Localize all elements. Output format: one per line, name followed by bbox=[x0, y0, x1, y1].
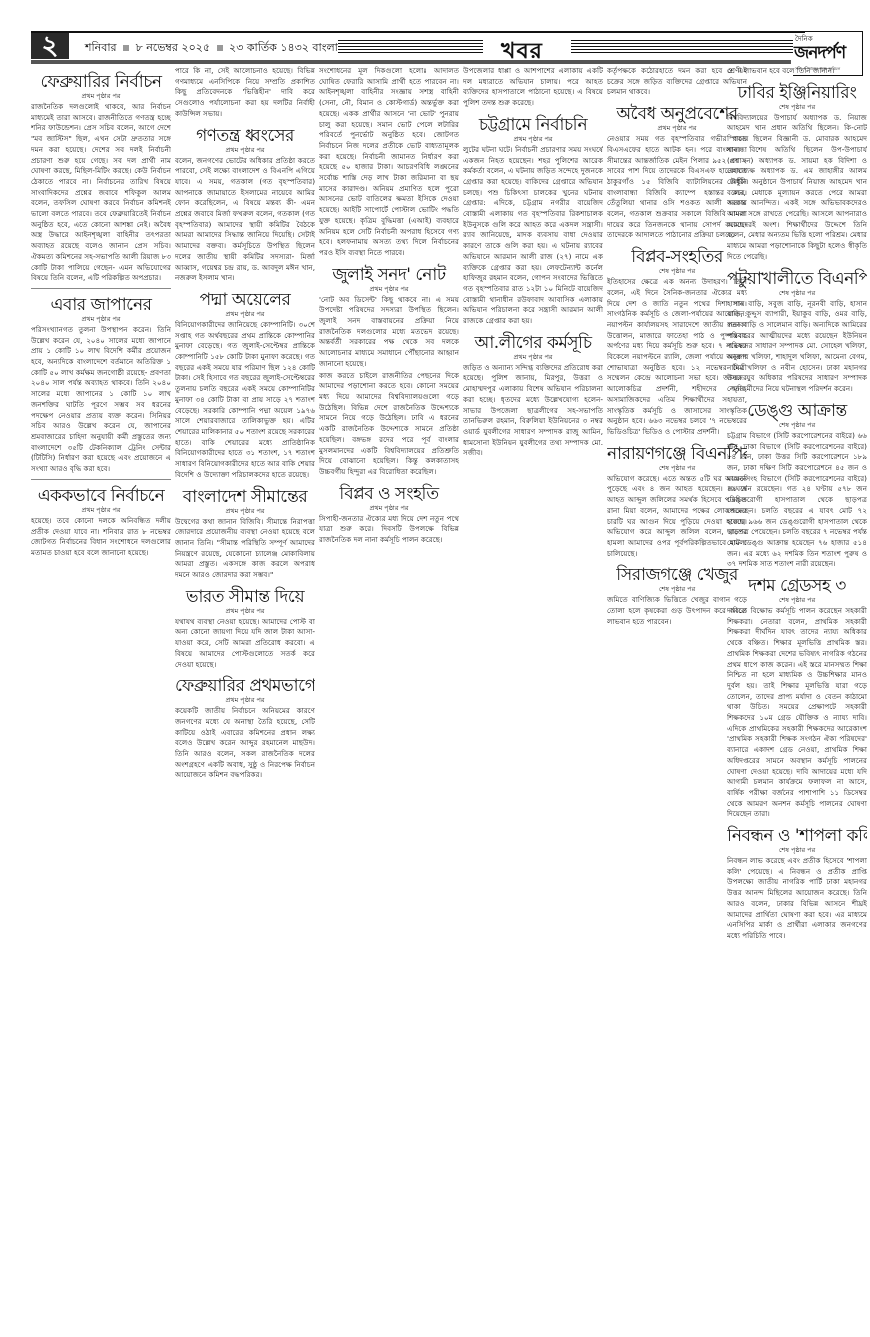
article-headline: এককভাবে নির্বাচনে bbox=[31, 486, 171, 506]
article: বিপ্লব-সংহতির শেষ পৃষ্ঠার পর ইতিহাসের ক্… bbox=[607, 247, 747, 438]
article-body: যথাযথ ব্যবস্থা নেওয়া হয়েছে। আমাদের পোস… bbox=[175, 617, 315, 671]
article: উপজেলার ধাপ্পা ও আশপাশের এলাকায় একটি দল… bbox=[463, 66, 603, 109]
article: ঢাবির ইঞ্জিনিয়ারিং শেষ পৃষ্ঠার পর বিশ্ব… bbox=[727, 83, 867, 263]
article: গণতন্ত্র ধ্বংসের প্রথম পৃষ্ঠার পর বলেন, … bbox=[175, 126, 315, 284]
article-body: কয়েকটি জাতীয় নির্বাচনে অনিয়মের কারণে … bbox=[175, 706, 315, 781]
article: অবৈধ অনুপ্রবেশের প্রথম পৃষ্ঠার পর নেওয়া… bbox=[607, 104, 747, 241]
column-2: পারে কি না, সেই আলোচনাও হয়েছে। বিভিন্ন … bbox=[175, 66, 315, 1331]
article-kicker: প্রথম পৃষ্ঠার পর bbox=[175, 507, 315, 516]
article: ভারত সীমান্ত দিয়ে প্রথম পৃষ্ঠার পর যথায… bbox=[175, 587, 315, 671]
article: জুলাই সনদ' নোট প্রথম পৃষ্ঠার পর 'নোট অব … bbox=[319, 265, 459, 370]
article-headline: দশম গ্রেডসহ ৩ bbox=[727, 576, 867, 596]
article-headline: ডেঙ্গু আক্রান্ত bbox=[727, 401, 867, 421]
article-body: চট্টগ্রাম বিভাগে (সিটি করপোরেশনের বাইরে)… bbox=[727, 431, 867, 570]
article-headline: পটুয়াখালীতে বিএনপি bbox=[727, 269, 867, 289]
article-body: কাজ করতে চাইলে রাজনীতির পেছনের দিকে আমাদ… bbox=[319, 371, 459, 478]
article-headline: বিপ্লব-সংহতির bbox=[607, 247, 747, 267]
article-body: শ্রেণী লাভবান হবে বলে তিনি জানান। bbox=[727, 66, 867, 77]
article-body: নেওয়ার সময় গত বৃহস্পতিবার গভীর রাতে বি… bbox=[607, 134, 747, 241]
article-headline: সিরাজগঞ্জে খেজুর bbox=[607, 565, 747, 585]
decorative-rules bbox=[338, 40, 483, 54]
article: নিবন্ধন ও 'শাপলা কলি শেষ পৃষ্ঠার পর নিবন… bbox=[727, 826, 867, 942]
article: কাজ করতে চাইলে রাজনীতির পেছনের দিকে আমাদ… bbox=[319, 371, 459, 478]
page-number: ২ bbox=[31, 33, 69, 59]
article-headline: পদ্মা অয়েলের bbox=[175, 290, 315, 310]
article-kicker: শেষ পৃষ্ঠার পর bbox=[727, 289, 867, 298]
column-1: ফেব্রুয়ারির নির্বাচন প্রথম পৃষ্ঠার পর র… bbox=[31, 66, 171, 1331]
dateline-bangla-date: ২৩ কার্তিক ১৪৩২ বাংলা bbox=[229, 41, 338, 54]
article-kicker: শেষ পৃষ্ঠার পর bbox=[727, 421, 867, 430]
header-divider bbox=[31, 60, 791, 64]
article-kicker: প্রথম পৃষ্ঠার পর bbox=[463, 353, 603, 362]
article-body: ইতিহাসের ক্ষেত্রে এক অনন্য উদাহরণ। তিনি … bbox=[607, 277, 747, 438]
column-4: উপজেলার ধাপ্পা ও আশপাশের এলাকায় একটি দল… bbox=[463, 66, 603, 1331]
article: পটুয়াখালীতে বিএনপি শেষ পৃষ্ঠার পর হাসান… bbox=[727, 269, 867, 395]
article: দশম গ্রেডসহ ৩ শেষ পৃষ্ঠার পর দাবিতে বিক্… bbox=[727, 576, 867, 820]
logo-name: জনদর্পণ bbox=[794, 40, 845, 68]
article-kicker: শেষ পৃষ্ঠার পর bbox=[727, 846, 867, 855]
article-kicker: শেষ পৃষ্ঠার পর bbox=[607, 585, 747, 594]
article: এককভাবে নির্বাচনে প্রথম পৃষ্ঠার পর হয়েছ… bbox=[31, 486, 171, 559]
article-body: দাবিতে বিক্ষোভ কর্মসূচি পালন করেছেন সহকা… bbox=[727, 606, 867, 820]
article: আ.লীগের কর্মসূচি প্রথম পৃষ্ঠার পর জড়িত … bbox=[463, 333, 603, 459]
article-headline: ফেব্রুয়ারির প্রথমভাগেই bbox=[175, 676, 315, 696]
article-body: পারে কি না, সেই আলোচনাও হয়েছে। বিভিন্ন … bbox=[175, 66, 315, 120]
article-kicker: প্রথম পৃষ্ঠার পর bbox=[175, 696, 315, 705]
column-3: সংশোধনের মূল দিকগুলো হলোঃ আদালত ঘোষিত ফে… bbox=[319, 66, 459, 1331]
article: বিপ্লব ও সংহতি প্রথম পৃষ্ঠার পর সিপাহী-জ… bbox=[319, 484, 459, 546]
article-body: কর্তৃপক্ষকে কঠোরহাতে দমন করা হবে ও এই চক… bbox=[607, 66, 747, 98]
masthead: ২ শনিবার ৮ নভেম্বর ২০২৫ ২৩ কার্তিক ১৪৩২ … bbox=[31, 31, 805, 60]
article: সিরাজগঞ্জে খেজুর শেষ পৃষ্ঠার পর জমিতে বা… bbox=[607, 565, 747, 627]
article-body: লুটের ঘটনা ঘটে। নির্বাচনী প্রচারণার সময়… bbox=[463, 145, 603, 327]
article-body: 'নোট অব ডিসেন্ট' কিছু থাকবে না। এ সময় উ… bbox=[319, 295, 459, 370]
article: ফেব্রুয়ারির নির্বাচন প্রথম পৃষ্ঠার পর র… bbox=[31, 72, 171, 284]
article: শ্রেণী লাভবান হবে বলে তিনি জানান। bbox=[727, 66, 867, 77]
decorative-rules bbox=[571, 40, 793, 54]
article-headline: ফেব্রুয়ারির নির্বাচন bbox=[31, 72, 171, 92]
article-body: জড়িত ও অন্যান্য সন্দিগ্ধ ব্যক্তিদের প্র… bbox=[463, 363, 603, 459]
article-body: নিবন্ধন লাভ করেছে এবং প্রতীক হিসেবে 'শাপ… bbox=[727, 856, 867, 942]
article-kicker: প্রথম পৃষ্ঠার পর bbox=[31, 506, 171, 515]
article-body: সংশোধনের মূল দিকগুলো হলোঃ আদালত ঘোষিত ফে… bbox=[319, 66, 459, 259]
article-kicker: প্রথম পৃষ্ঠার পর bbox=[319, 504, 459, 513]
square-bullet-icon bbox=[217, 45, 223, 51]
article-headline: অবৈধ অনুপ্রবেশের bbox=[607, 104, 747, 124]
article-body: উদ্বেগের কথা জানান বিজিবি। সীমান্তে নিরা… bbox=[175, 517, 315, 581]
article-body: বলেন, জনগণের ভোটের অধিকার প্রতিষ্ঠা করতে… bbox=[175, 156, 315, 284]
article: নারায়ণগঞ্জে বিএনপির শেষ পৃষ্ঠার পর অভিয… bbox=[607, 444, 747, 560]
article: ফেব্রুয়ারির প্রথমভাগেই প্রথম পৃষ্ঠার পর… bbox=[175, 676, 315, 781]
dateline-date: ৮ নভেম্বর ২০২৫ bbox=[136, 41, 210, 54]
column-5: কর্তৃপক্ষকে কঠোরহাতে দমন করা হবে ও এই চক… bbox=[607, 66, 747, 1331]
article-kicker: প্রথম পৃষ্ঠার পর bbox=[175, 310, 315, 319]
column-6: শ্রেণী লাভবান হবে বলে তিনি জানান। ঢাবির … bbox=[727, 66, 867, 1331]
article-body: হাসান বাড়ি, সবুজ বাড়ি, নূরনবী বাড়ি, হ… bbox=[727, 299, 867, 395]
article-headline: ঢাবির ইঞ্জিনিয়ারিং bbox=[727, 83, 867, 103]
article-kicker: প্রথম পৃষ্ঠার পর bbox=[607, 124, 747, 133]
article-headline: গণতন্ত্র ধ্বংসের bbox=[175, 126, 315, 146]
article-kicker: শেষ পৃষ্ঠার পর bbox=[607, 267, 747, 276]
article-headline: জুলাই সনদ' নোট bbox=[319, 265, 459, 285]
article-kicker: প্রথম পৃষ্ঠার পর bbox=[319, 285, 459, 294]
article: এবার জাপানের প্রথম পৃষ্ঠার পর পরিসংখ্যান… bbox=[31, 295, 171, 475]
article: সংশোধনের মূল দিকগুলো হলোঃ আদালত ঘোষিত ফে… bbox=[319, 66, 459, 259]
divider bbox=[31, 479, 171, 480]
article-kicker: প্রথম পৃষ্ঠার পর bbox=[31, 315, 171, 324]
article-kicker: শেষ পৃষ্ঠার পর bbox=[727, 103, 867, 112]
article-kicker: প্রথম পৃষ্ঠার পর bbox=[463, 135, 603, 144]
article-kicker: প্রথম পৃষ্ঠার পর bbox=[175, 607, 315, 616]
article-body: বিশ্ববিদ্যালয়ের উপাচার্য অধ্যাপক ড. নিয… bbox=[727, 113, 867, 263]
article-headline: ভারত সীমান্ত দিয়ে bbox=[175, 587, 315, 607]
article-headline: চট্টগ্রামে নির্বাচনি bbox=[463, 115, 603, 135]
divider bbox=[31, 288, 171, 289]
article-kicker: প্রথম পৃষ্ঠার পর bbox=[175, 146, 315, 155]
article-body: রাজনৈতিক দলগুলোই থাকবে, আর নির্বাচন মাধ্… bbox=[31, 102, 171, 284]
article-headline: নারায়ণগঞ্জে বিএনপির bbox=[607, 444, 747, 464]
article-headline: নিবন্ধন ও 'শাপলা কলি bbox=[727, 826, 867, 846]
dateline: শনিবার ৮ নভেম্বর ২০২৫ ২৩ কার্তিক ১৪৩২ বা… bbox=[85, 39, 338, 58]
article: ডেঙ্গু আক্রান্ত শেষ পৃষ্ঠার পর চট্টগ্রাম… bbox=[727, 401, 867, 570]
article-body: হয়েছে। তবে কোনো দলকে অনিবন্ধিত দলীয় প্… bbox=[31, 516, 171, 559]
article-body: অভিযোগ করেছে। এতে অন্তত ৫টি ঘর আগুনে পুড… bbox=[607, 474, 747, 560]
article-headline: আ.লীগের কর্মসূচি bbox=[463, 333, 603, 353]
article-body: সিপাহী-জনতার ঐক্যের মধ্য দিয়ে দেশ নতুন … bbox=[319, 514, 459, 546]
dateline-day: শনিবার bbox=[85, 41, 117, 54]
article: কর্তৃপক্ষকে কঠোরহাতে দমন করা হবে ও এই চক… bbox=[607, 66, 747, 98]
article-body: জমিতে বাণিজ্যিক ভিত্তিতে খেজুর বাগান গড়… bbox=[607, 595, 747, 627]
article-kicker: প্রথম পৃষ্ঠার পর bbox=[31, 92, 171, 101]
article-body: বিনিয়োগকারীদের জানিয়েছে কোম্পানিটি। ৩০… bbox=[175, 320, 315, 481]
article: পারে কি না, সেই আলোচনাও হয়েছে। বিভিন্ন … bbox=[175, 66, 315, 120]
article: পদ্মা অয়েলের প্রথম পৃষ্ঠার পর বিনিয়োগক… bbox=[175, 290, 315, 481]
article-headline: বাংলাদেশ সীমান্তের bbox=[175, 487, 315, 507]
article-headline: এবার জাপানের bbox=[31, 295, 171, 315]
article: বাংলাদেশ সীমান্তের প্রথম পৃষ্ঠার পর উদ্ব… bbox=[175, 487, 315, 581]
article-body: উপজেলার ধাপ্পা ও আশপাশের এলাকায় একটি দল… bbox=[463, 66, 603, 109]
article-kicker: শেষ পৃষ্ঠার পর bbox=[727, 596, 867, 605]
square-bullet-icon bbox=[123, 45, 129, 51]
article-headline: বিপ্লব ও সংহতি bbox=[319, 484, 459, 504]
article-body: পরিসংখ্যানগত তুলনা উপস্থাপন করেন। তিনি উ… bbox=[31, 325, 171, 475]
article: চট্টগ্রামে নির্বাচনি প্রথম পৃষ্ঠার পর লু… bbox=[463, 115, 603, 327]
article-kicker: শেষ পৃষ্ঠার পর bbox=[607, 464, 747, 473]
